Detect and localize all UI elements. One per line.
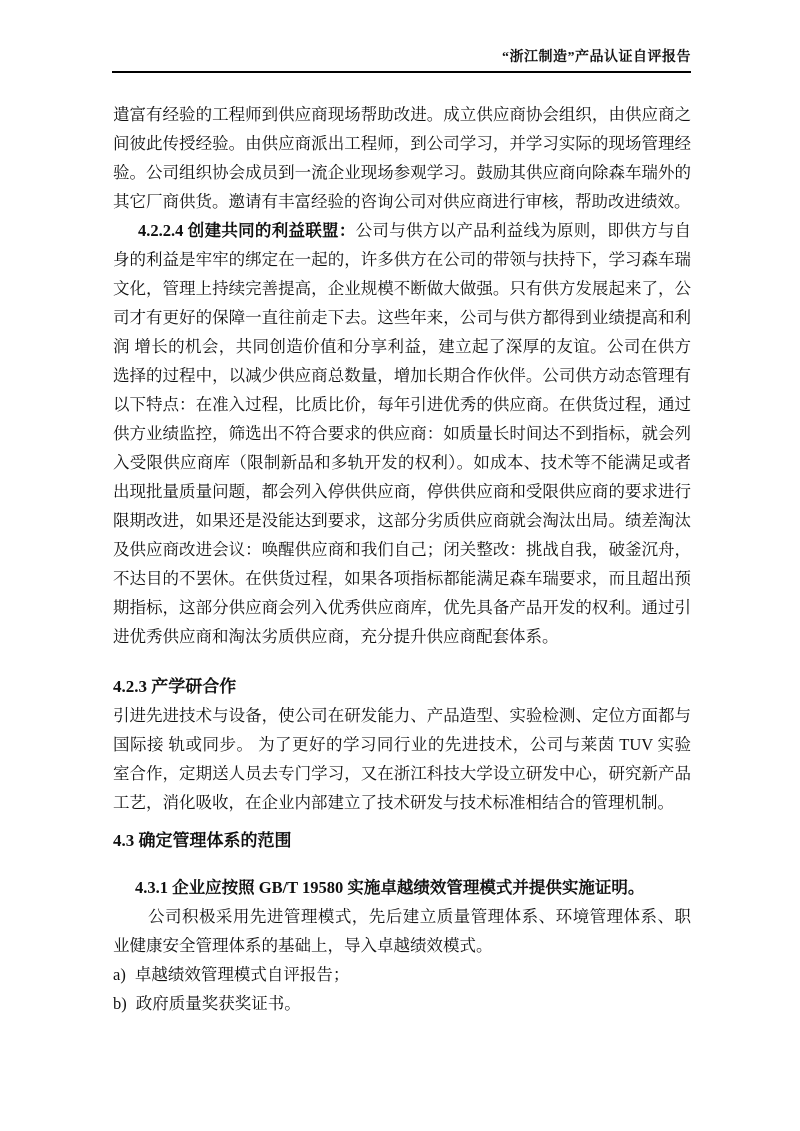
- heading-4-2-3: 4.2.3 产学研合作: [113, 672, 691, 701]
- paragraph-4-3-1: 公司积极采用先进管理模式，先后建立质量管理体系、环境管理体系、职业健康安全管理体…: [113, 902, 691, 960]
- list-item-b: b)政府质量奖获奖证书。: [113, 989, 691, 1018]
- page-header: “浙江制造”产品认证自评报告: [112, 49, 691, 67]
- list-item-b-text: 政府质量奖获奖证书。: [136, 994, 301, 1013]
- heading-4-3: 4.3 确定管理体系的范围: [113, 826, 691, 855]
- header-title: “浙江制造”产品认证自评报告: [502, 50, 691, 65]
- paragraph-4-2-3: 引进先进技术与设备，使公司在研发能力、产品造型、实验检测、定位方面都与国际接 轨…: [113, 701, 691, 817]
- paragraph-4-2-2-4: 4.2.2.4 创建共同的利益联盟：公司与供方以产品利益线为原则，即供方与自身的…: [113, 216, 691, 651]
- list-item-a-marker: a): [113, 960, 126, 989]
- document-page: “浙江制造”产品认证自评报告 遣富有经验的工程师到供应商现场帮助改进。成立供应商…: [0, 0, 800, 1131]
- paragraph-4-2-2-4-text: 公司与供方以产品利益线为原则，即供方与自身的利益是牢牢的绑定在一起的，许多供方在…: [113, 221, 691, 646]
- list-item-b-marker: b): [113, 989, 127, 1018]
- header-rule: [112, 71, 691, 73]
- paragraph-supplier-continuation: 遣富有经验的工程师到供应商现场帮助改进。成立供应商协会组织，由供应商之间彼此传授…: [113, 100, 691, 216]
- list-item-a: a)卓越绩效管理模式自评报告；: [113, 960, 691, 989]
- heading-4-2-2-4-run-in: 4.2.2.4 创建共同的利益联盟：: [138, 221, 356, 240]
- list-item-a-text: 卓越绩效管理模式自评报告；: [135, 965, 350, 984]
- document-body: 遣富有经验的工程师到供应商现场帮助改进。成立供应商协会组织，由供应商之间彼此传授…: [113, 100, 691, 1018]
- heading-4-3-1: 4.3.1 企业应按照 GB/T 19580 实施卓越绩效管理模式并提供实施证明…: [113, 873, 691, 902]
